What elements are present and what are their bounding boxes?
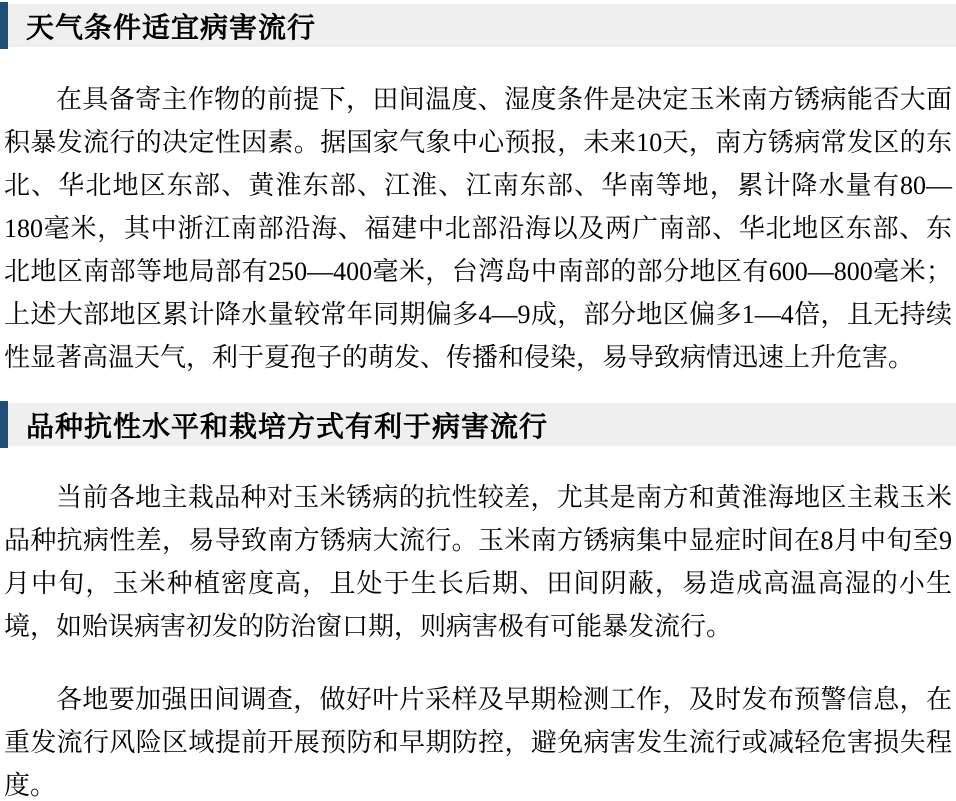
section-heading-variety-resistance: 品种抗性水平和栽培方式有利于病害流行 (0, 403, 956, 446)
paragraph-field-survey-advice: 各地要加强田间调查，做好叶片采样及早期检测工作，及时发布预警信息，在重发流行风险… (0, 678, 956, 801)
heading-accent-bar (0, 2, 8, 49)
section-heading-weather: 天气条件适宜病害流行 (0, 4, 956, 47)
document-page: 天气条件适宜病害流行 在具备寄主作物的前提下，田间温度、湿度条件是决定玉米南方锈… (0, 4, 956, 801)
heading-accent-bar (0, 401, 8, 448)
paragraph-weather-conditions: 在具备寄主作物的前提下，田间温度、湿度条件是决定玉米南方锈病能否大面积暴发流行的… (0, 78, 956, 379)
section-heading-variety-resistance-text: 品种抗性水平和栽培方式有利于病害流行 (26, 405, 548, 445)
section-heading-weather-text: 天气条件适宜病害流行 (26, 6, 316, 46)
paragraph-variety-resistance: 当前各地主栽品种对玉米锈病的抗性较差，尤其是南方和黄淮海地区主栽玉米品种抗病性差… (0, 476, 956, 648)
